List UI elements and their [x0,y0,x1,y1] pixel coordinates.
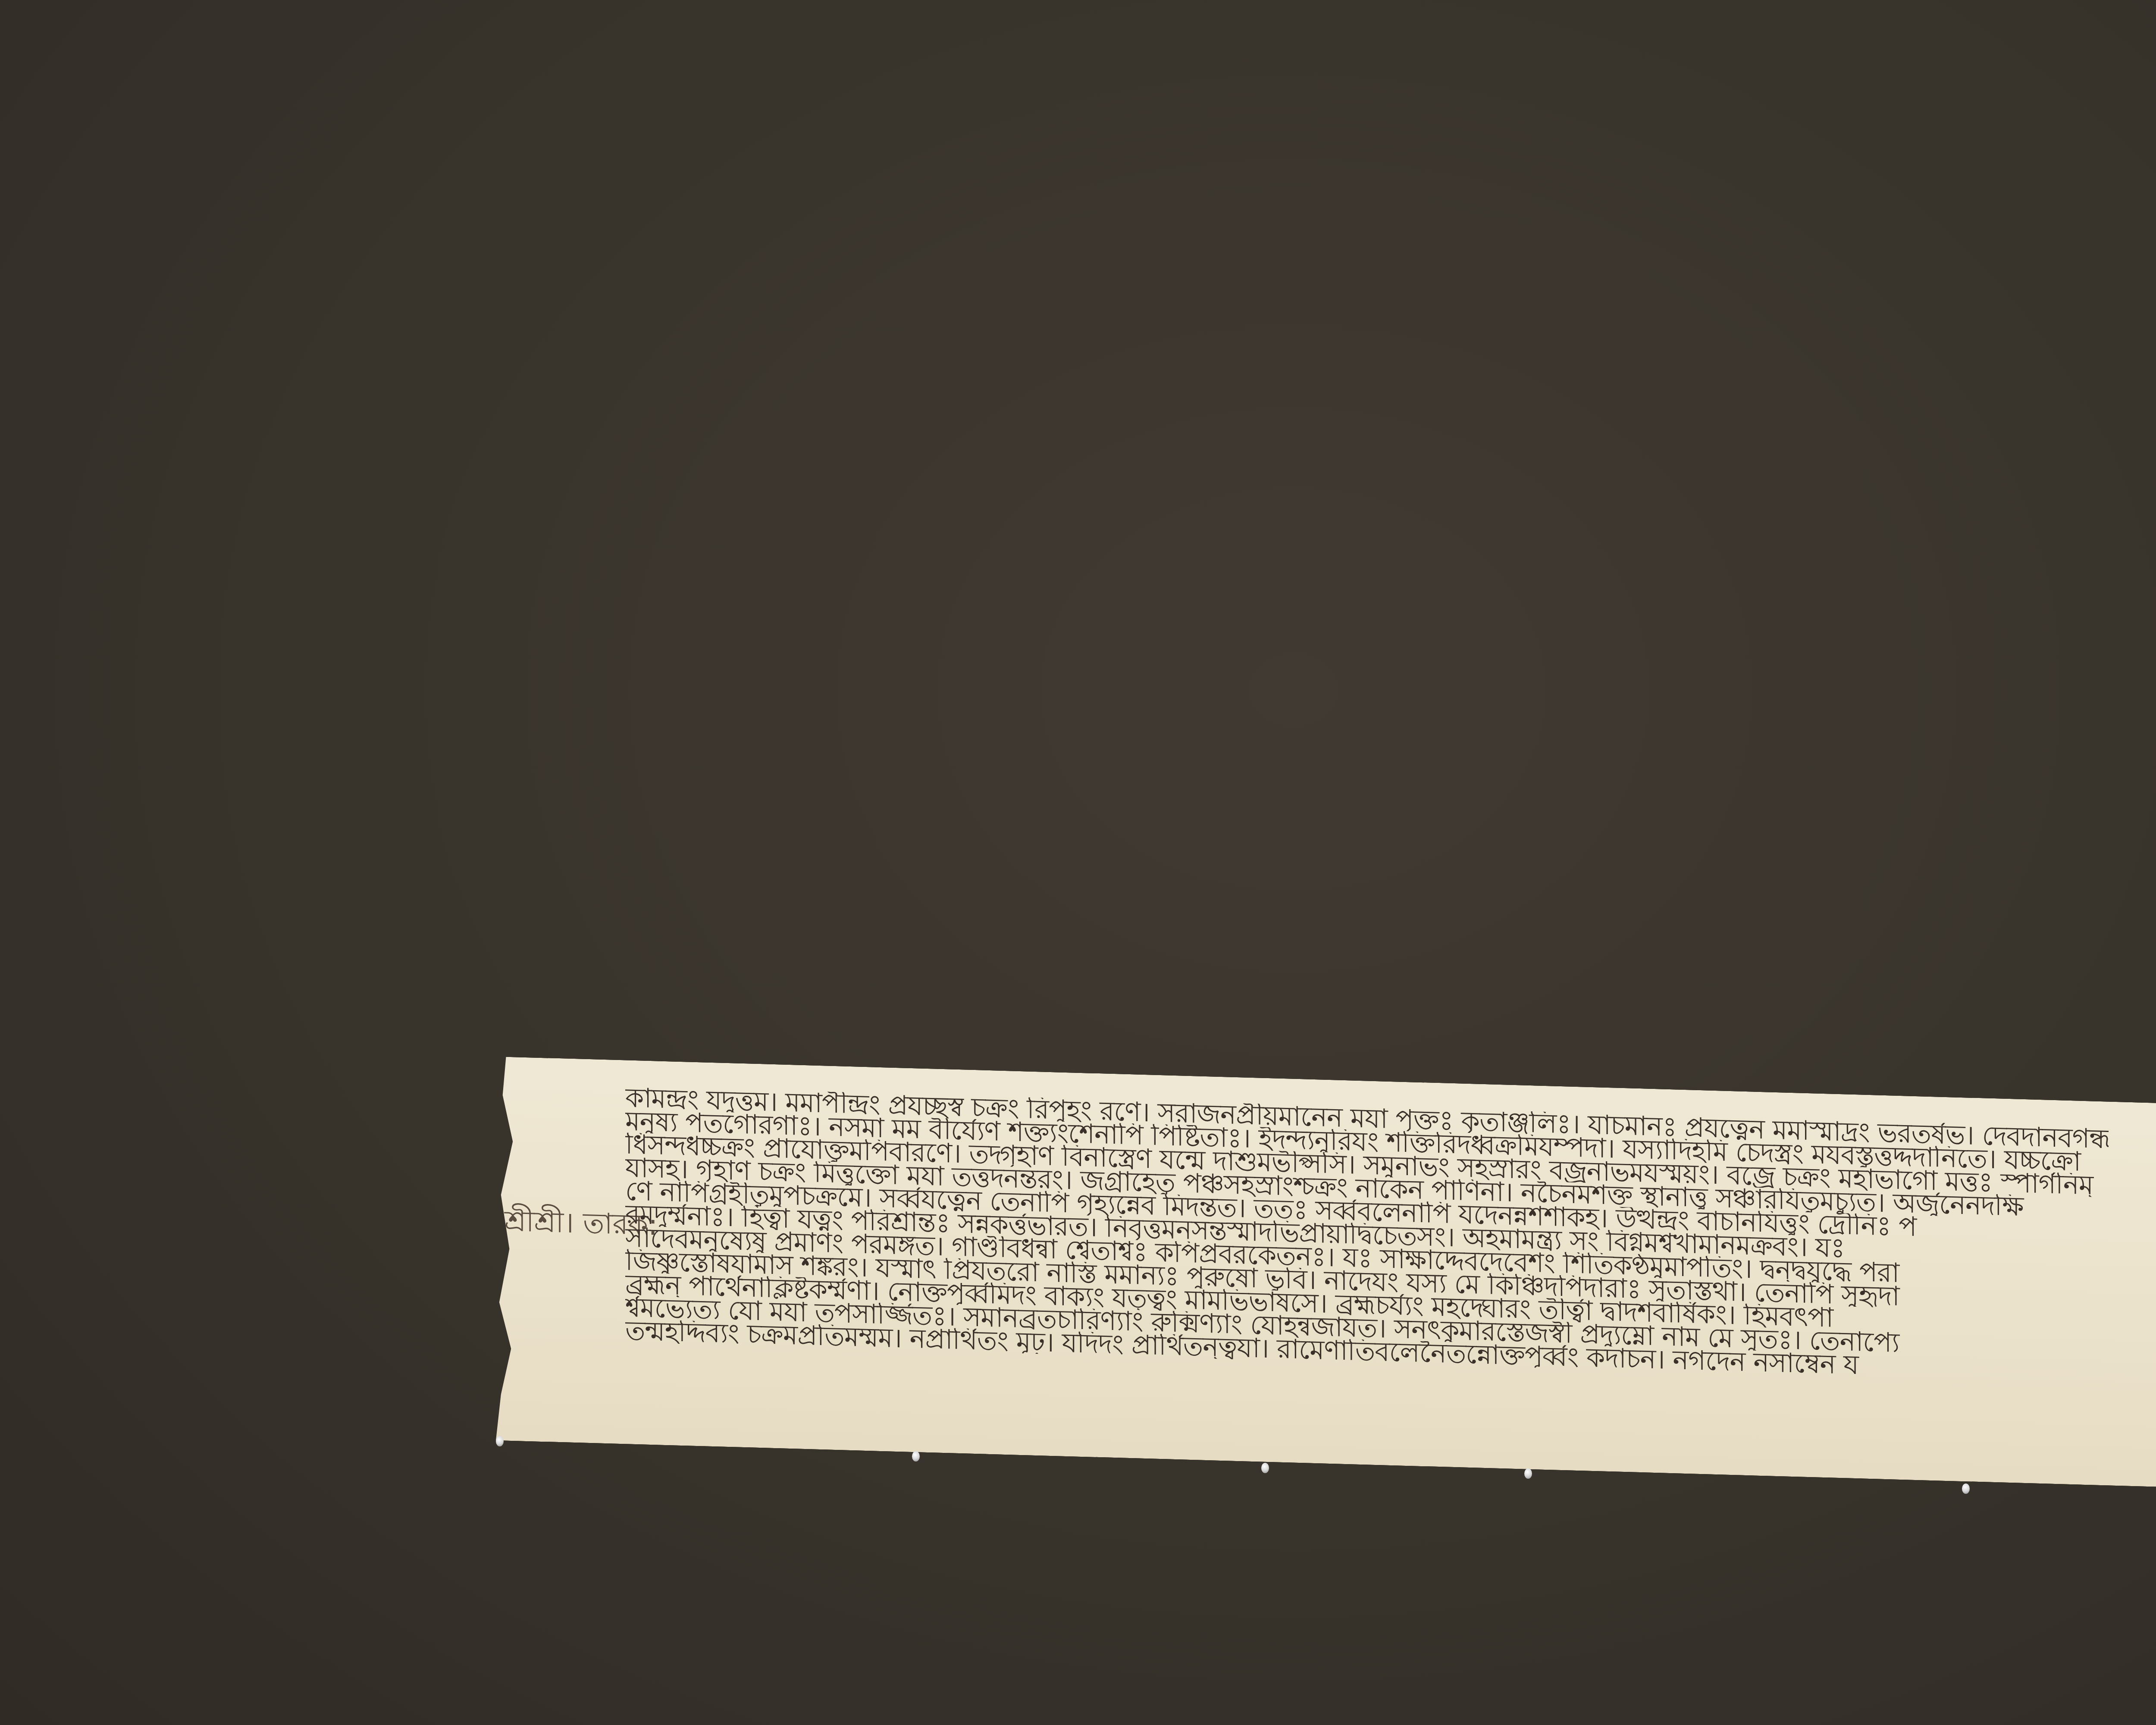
mounting-pin [912,1451,920,1462]
mounting-pin [1261,1463,1269,1473]
mounting-pin [1962,1483,1970,1494]
manuscript-text: কামন্দ্রং যদুত্তম। মমাপীন্দ্রং প্রযচ্ছস্… [625,1086,2109,1383]
mounting-pin [496,1436,504,1446]
mounting-pin [1524,1468,1532,1479]
manuscript-folio: শ্রীশ্রী। তারক: কামন্দ্রং যদুত্তম। মমাপী… [496,1057,2156,1487]
